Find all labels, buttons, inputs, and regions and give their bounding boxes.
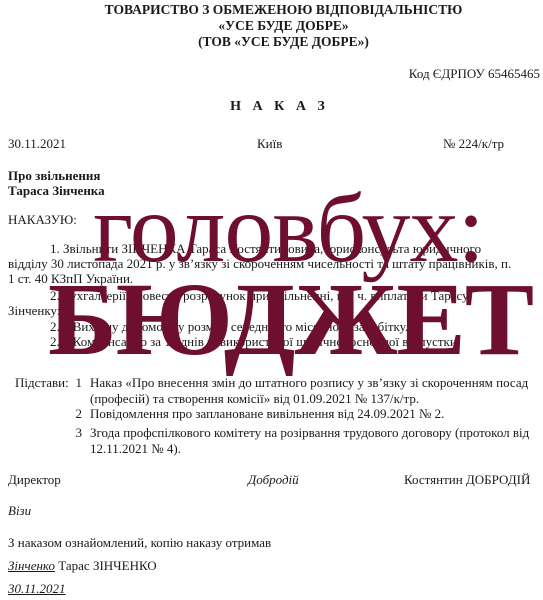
order-city: Київ — [257, 136, 282, 152]
acknowledgement-date: 30.11.2021 — [8, 581, 66, 597]
subject-line2: Тараса Зінченка — [8, 183, 105, 199]
acknowledgement-signature: Зінченко Тарас ЗІНЧЕНКО — [8, 558, 157, 574]
visas-label: Візи — [8, 503, 31, 519]
basis-text-3: Згода профспілкового комітету на розірва… — [90, 425, 540, 457]
document-title: Н А К А З — [8, 99, 543, 115]
signature-name: Костянтин ДОБРОДІЙ — [404, 472, 530, 488]
signature-sign: Добродій — [248, 472, 299, 488]
org-name-line2: «УСЕ БУДЕ ДОБРЕ» — [12, 18, 543, 34]
acknowledgement-sign: Зінченко — [8, 558, 55, 573]
basis-label: Підстави: — [15, 375, 69, 391]
acknowledgement-name: Тарас ЗІНЧЕНКО — [58, 558, 156, 573]
basis-num-2: 2 — [70, 406, 82, 422]
basis-num-3: 3 — [70, 425, 82, 441]
edrpou-code: Код ЄДРПОУ 65465465 — [409, 66, 540, 82]
basis-text-1: Наказ «Про внесення змін до штатного роз… — [90, 375, 540, 407]
overlay-headline-line2: БЮДЖЕТ — [48, 268, 533, 372]
org-name-line1: ТОВАРИСТВО З ОБМЕЖЕНОЮ ВІДПОВІДАЛЬНІСТЮ — [12, 2, 543, 18]
order-number: № 224/к/тр — [443, 136, 504, 152]
acknowledgement-text: З наказом ознайомлений, копію наказу отр… — [8, 535, 271, 551]
order-date: 30.11.2021 — [8, 136, 66, 152]
basis-num-1: 1 — [70, 375, 82, 391]
order-word: НАКАЗУЮ: — [8, 212, 77, 228]
subject-line1: Про звільнення — [8, 168, 100, 184]
org-short-name: (ТОВ «УСЕ БУДЕ ДОБРЕ») — [12, 34, 543, 50]
basis-text-2: Повідомлення про заплановане вивільнення… — [90, 406, 540, 422]
signature-position: Директор — [8, 472, 61, 488]
